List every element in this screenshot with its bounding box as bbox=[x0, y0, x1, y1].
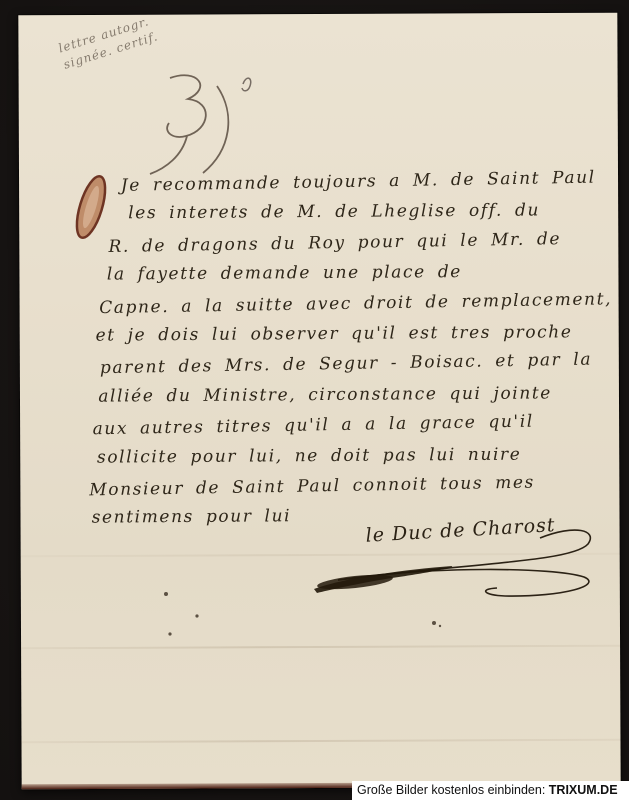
watermark-brand: TRIXUM.DE bbox=[549, 783, 618, 797]
paper-fold-line bbox=[21, 645, 620, 650]
pencil-annotation: lettre autogr. signée. certif. bbox=[56, 12, 160, 74]
letter-paper: lettre autogr. signée. certif. Je recomm… bbox=[18, 13, 620, 790]
paper-fold-line bbox=[21, 739, 620, 744]
photo-background: lettre autogr. signée. certif. Je recomm… bbox=[0, 0, 629, 800]
letter-body: Je recommande toujours a M. de Saint Pau… bbox=[86, 169, 600, 539]
watermark-banner: Große Bilder kostenlos einbinden: TRIXUM… bbox=[352, 781, 629, 800]
paper-fold-line bbox=[21, 553, 620, 558]
watermark-text: Große Bilder kostenlos einbinden: bbox=[357, 783, 549, 797]
